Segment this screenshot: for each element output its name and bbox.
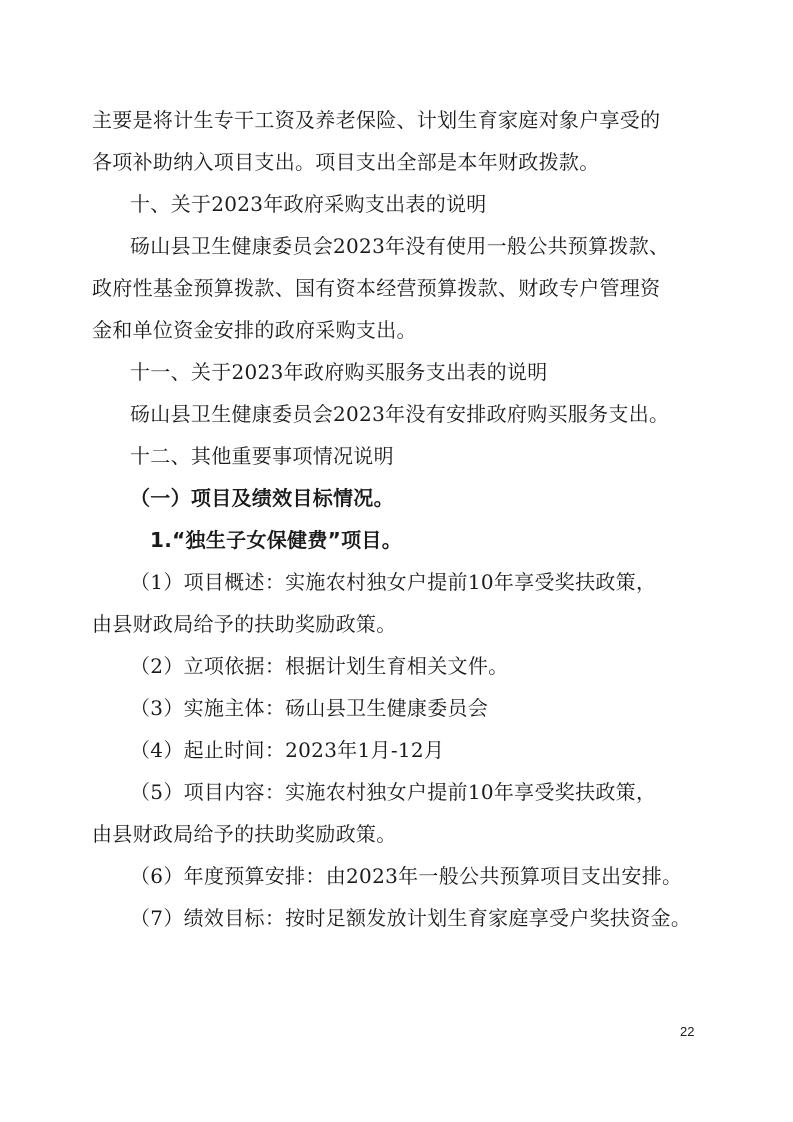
- paragraph-line: 砀山县卫生健康委员会2023年没有安排政府购买服务支出。: [130, 402, 669, 426]
- page-number: 22: [680, 1024, 694, 1039]
- list-item: （3）实施主体：砀山县卫生健康委员会: [130, 696, 488, 720]
- document-page: 主要是将计生专干工资及养老保险、计划生育家庭对象户享受的 各项补助纳入项目支出。…: [0, 0, 793, 1122]
- section-heading-12: 十二、其他重要事项情况说明: [130, 444, 394, 468]
- list-item: （5）项目内容：实施农村独女户提前10年享受奖扶政策，: [130, 780, 656, 804]
- list-item: （4）起止时间：2023年1月-12月: [130, 738, 444, 762]
- list-item: （7）绩效目标：按时足额发放计划生育家庭享受户奖扶资金。: [130, 906, 691, 930]
- paragraph-line: 由县财政局给予的扶助奖励政策。: [92, 612, 397, 636]
- paragraph-line: 各项补助纳入项目支出。项目支出全部是本年财政拨款。: [92, 150, 600, 174]
- paragraph-line: 由县财政局给予的扶助奖励政策。: [92, 822, 397, 846]
- project-heading: 1.“独生子女保健费”项目。: [150, 528, 402, 552]
- list-item: （1）项目概述：实施农村独女户提前10年享受奖扶政策，: [130, 570, 656, 594]
- paragraph-line: 政府性基金预算拨款、国有资本经营预算拨款、财政专户管理资: [92, 276, 660, 300]
- paragraph-line: 主要是将计生专干工资及养老保险、计划生育家庭对象户享受的: [92, 108, 660, 132]
- subsection-heading: （一）项目及绩效目标情况。: [130, 486, 394, 510]
- section-heading-11: 十一、关于2023年政府购买服务支出表的说明: [130, 360, 548, 384]
- paragraph-line: 砀山县卫生健康委员会2023年没有使用一般公共预算拨款、: [130, 234, 669, 258]
- list-item: （2）立项依据：根据计划生育相关文件。: [130, 654, 508, 678]
- list-item: （6）年度预算安排：由2023年一般公共预算项目支出安排。: [130, 864, 682, 888]
- paragraph-line: 金和单位资金安排的政府采购支出。: [92, 318, 417, 342]
- section-heading-10: 十、关于2023年政府采购支出表的说明: [130, 192, 487, 216]
